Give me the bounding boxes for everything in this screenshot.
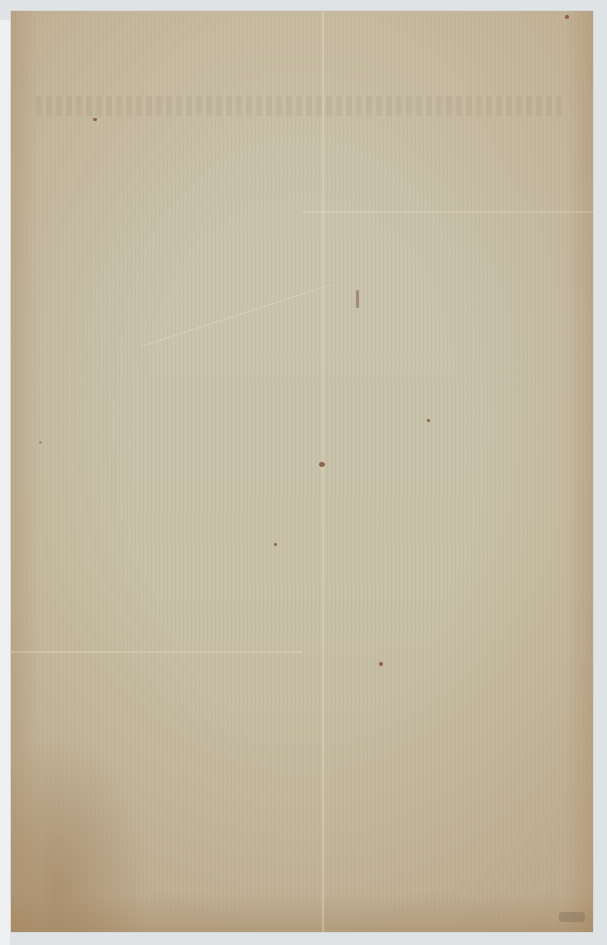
foxing-spot bbox=[39, 441, 42, 444]
foxing-spot bbox=[379, 662, 383, 666]
foxing-spot bbox=[427, 419, 430, 422]
left-edge-stain bbox=[11, 11, 39, 932]
upper-fold-line bbox=[302, 211, 593, 213]
foxing-spot bbox=[356, 290, 359, 308]
foxing-spot bbox=[93, 118, 97, 121]
bottom-edge-stain bbox=[11, 892, 593, 932]
foxing-spot bbox=[565, 15, 569, 19]
ink-bleed-through bbox=[36, 96, 566, 116]
corner-stain bbox=[559, 912, 585, 922]
paper-sheet bbox=[11, 11, 593, 932]
foxing-spot bbox=[319, 462, 325, 467]
foxing-spot bbox=[274, 543, 277, 546]
backdrop-edge bbox=[0, 20, 10, 945]
vertical-fold-line bbox=[322, 11, 324, 932]
diagonal-crease bbox=[141, 284, 332, 347]
horizontal-fold-line bbox=[11, 651, 302, 653]
right-edge-stain bbox=[565, 11, 593, 932]
